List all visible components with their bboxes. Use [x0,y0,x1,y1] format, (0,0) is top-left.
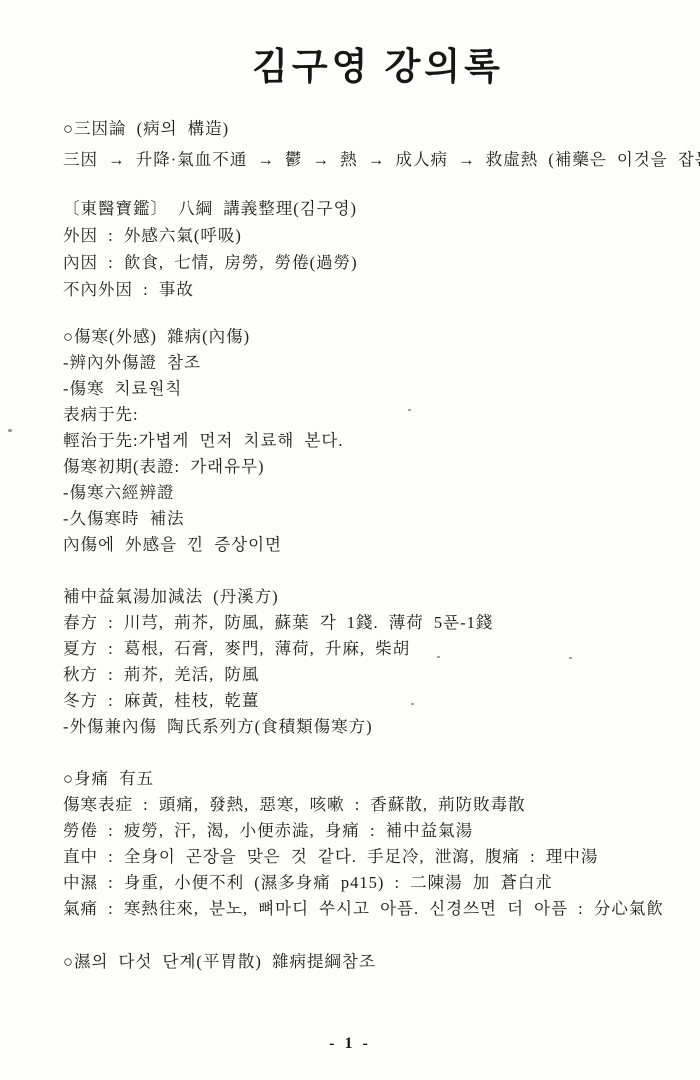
scan-speck [569,657,572,659]
text-line: -久傷寒時 補法 [63,506,680,532]
document-title: 김구영 강의록 [0,36,700,90]
text-line: 不內外因 : 事故 [63,276,680,303]
text-line: 補中益氣湯加減法 (丹溪方) [63,584,680,610]
scan-speck [8,429,12,432]
text-line: 三因 → 升降·氣血不通 → 鬱 → 熱 → 成人病 → 救虛熱 (補藥은 이것… [63,144,680,175]
section-donguibogam-palgang: 〔東醫寶鑑〕 八綱 講義整理(김구영) 外因 : 外感六氣(呼吸) 內因 : 飮… [63,195,680,303]
text-line: 表病于先: [63,402,680,428]
text-line: 外因 : 外感六氣(呼吸) [63,222,680,249]
text-line: ○三因論 (病의 構造) [63,113,680,144]
text-line: 內因 : 飮食, 七情, 房勞, 勞倦(過勞) [63,249,680,276]
section-sanghan-japbyeong: ○傷寒(外感) 雜病(內傷) -辨內外傷證 참조 -傷寒 치료원칙 表病于先: … [63,324,680,558]
text-line: 傷寒初期(表證: 가래유무) [63,454,680,480]
page-number: - 1 - [0,1035,700,1053]
scanned-document-page: 김구영 강의록 ○三因論 (病의 構造) 三因 → 升降·氣血不通 → 鬱 → … [0,0,700,1080]
section-sintong-yuo: ○身痛 有五 傷寒表症 : 頭痛, 發熱, 惡寒, 咳嗽 : 香蘇散, 荊防敗毒… [63,766,680,922]
section-sam-in-ron: ○三因論 (病의 構造) 三因 → 升降·氣血不通 → 鬱 → 熱 → 成人病 … [63,113,680,175]
text-line: -辨內外傷證 참조 [63,350,680,376]
text-line: -傷寒 치료원칙 [63,376,680,402]
section-bojungikgitang: 補中益氣湯加減法 (丹溪方) 春方 : 川芎, 荊芥, 防風, 蘇葉 각 1錢.… [63,584,680,740]
text-line: 秋方 : 荊芥, 羌活, 防風 [63,662,680,688]
text-line: 〔東醫寶鑑〕 八綱 講義整理(김구영) [63,195,680,222]
scan-speck [411,703,414,705]
text-line: 氣痛 : 寒熱往來, 분노, 뼈마디 쑤시고 아픔. 신경쓰면 더 아픔 : 分… [63,896,680,922]
text-line: 直中 : 全身이 곤장을 맞은 것 같다. 手足冷, 泄瀉, 腹痛 : 理中湯 [63,844,680,870]
section-seup-dangye: ○濕의 다섯 단계(平胃散) 雜病提綱참조 [63,949,680,975]
text-line: 傷寒表症 : 頭痛, 發熱, 惡寒, 咳嗽 : 香蘇散, 荊防敗毒散 [63,792,680,818]
text-line: 夏方 : 葛根, 石膏, 麥門, 薄荷, 升麻, 柴胡 [63,636,680,662]
text-line: ○傷寒(外感) 雜病(內傷) [63,324,680,350]
scan-speck [408,409,411,411]
text-line: -傷寒六經辨證 [63,480,680,506]
text-line: -外傷兼內傷 陶氏系列方(食積類傷寒方) [63,714,680,740]
text-line: ○身痛 有五 [63,766,680,792]
text-line: 中濕 : 身重, 小便不利 (濕多身痛 p415) : 二陳湯 加 蒼白朮 [63,870,680,896]
text-line: 春方 : 川芎, 荊芥, 防風, 蘇葉 각 1錢. 薄荷 5푼-1錢 [63,610,680,636]
text-line: 輕治于先:가볍게 먼저 치료해 본다. [63,428,680,454]
text-line: 勞倦 : 疲勞, 汗, 渴, 小便赤澁, 身痛 : 補中益氣湯 [63,818,680,844]
text-line: 內傷에 外感을 낀 증상이면 [63,532,680,558]
text-line: ○濕의 다섯 단계(平胃散) 雜病提綱참조 [63,949,680,975]
scan-speck [437,656,440,658]
text-line: 冬方 : 麻黃, 桂枝, 乾薑 [63,688,680,714]
